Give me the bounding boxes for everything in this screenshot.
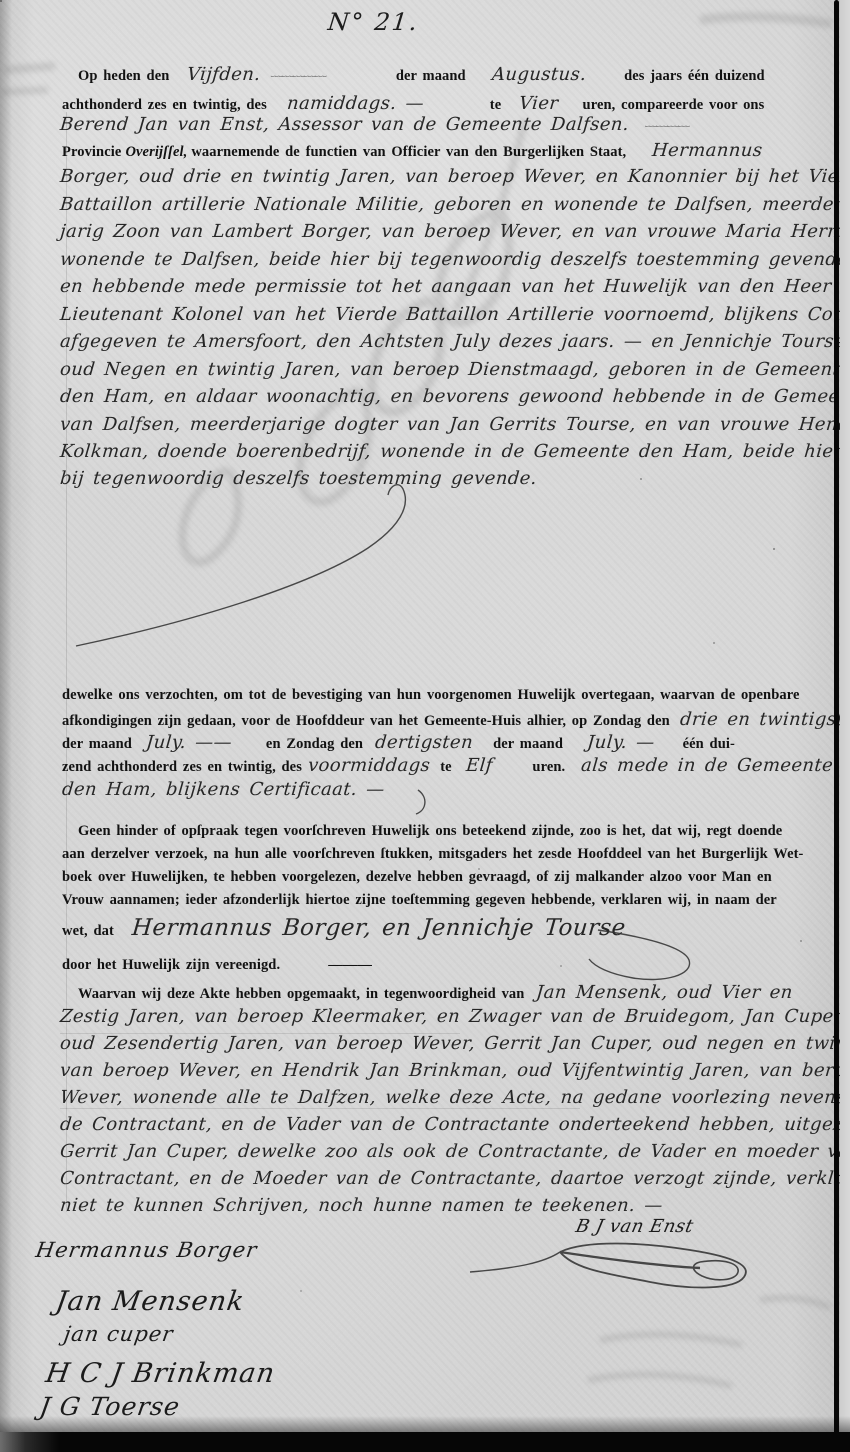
handwritten-text: niet te kunnen Schrijven, noch hunne nam…	[59, 1195, 664, 1218]
act-line: Lieutenant Kolonel van het Vierde Battai…	[60, 304, 850, 327]
handwritten-text: jarig Zoon van Lambert Borger, van beroe…	[59, 221, 850, 244]
handwritten-text: Lieutenant Kolonel van het Vierde Battai…	[59, 304, 850, 327]
handwritten-text: Gerrit Jan Cuper, dewelke zoo als ook de…	[59, 1141, 850, 1164]
printed-text: der maand	[62, 735, 132, 753]
handwritten-text: Contractant, en de Moeder van de Contrac…	[59, 1168, 850, 1191]
act-line: van Dalfsen, meerderjarige dogter van Ja…	[60, 414, 850, 437]
handwritten-text: voormiddags	[307, 755, 431, 778]
signature-witness-brinkman: H C J Brinkman	[44, 1358, 278, 1389]
act-line: den Ham, en aldaar woonachtig, en bevore…	[60, 386, 850, 409]
act-line: de Contractant, en de Vader van de Contr…	[60, 1114, 850, 1137]
printed-text: ———	[328, 956, 372, 974]
act-line: niet te kunnen Schrijven, noch hunne nam…	[60, 1195, 663, 1218]
act-line: Contractant, en de Moeder van de Contrac…	[60, 1168, 850, 1191]
scan-left-edge-shadow	[0, 0, 12, 1452]
handwritten-text: den Ham, blijkens Certificaat. —	[61, 779, 386, 802]
handwritten-text: ﹏﹏﹏﹏	[645, 116, 689, 128]
signature-officer: B J van Enst	[574, 1216, 696, 1237]
handwritten-text: ﹏﹏﹏﹏﹏	[271, 66, 326, 78]
act-line: Vrouw aannamen; ieder afzonderlijk hiert…	[62, 891, 777, 909]
act-line: Waarvan wij deze Akte hebben opgemaakt, …	[62, 982, 793, 1005]
handwritten-text: oud Zesendertig Jaren, van beroep Wever,…	[59, 1033, 850, 1056]
handwritten-text: Vier	[518, 93, 559, 116]
act-line: jarig Zoon van Lambert Borger, van beroe…	[60, 221, 850, 244]
act-line: den Ham, blijkens Certificaat. —	[62, 779, 385, 802]
act-line: dewelke ons verzochten, om tot de bevest…	[62, 686, 800, 704]
handwritten-text: Vijfden.	[186, 64, 261, 87]
page-binding-edge	[834, 0, 839, 1452]
act-line: en hebbende mede permissie tot het aanga…	[60, 276, 831, 299]
printed-text: te	[440, 758, 451, 776]
act-line: van beroep Wever, en Hendrik Jan Brinkma…	[60, 1060, 850, 1083]
handwritten-text: oud Negen en twintig Jaren, van beroep D…	[59, 359, 850, 382]
act-line: Battaillon artillerie Nationale Militie,…	[60, 194, 843, 217]
handwritten-text: Zestig Jaren, van beroep Kleermaker, en …	[59, 1006, 848, 1029]
printed-text: Vrouw aannamen; ieder afzonderlijk hiert…	[62, 891, 777, 909]
printed-text: zend achthonderd zes en twintig, des	[62, 758, 302, 776]
handwritten-text: namiddags. —	[286, 93, 425, 116]
handwritten-text: drie en twintigsten	[679, 709, 850, 732]
signature-groom: Hermannus Borger	[34, 1238, 259, 1262]
printed-text: der maand	[396, 67, 466, 85]
printed-text: Overijſſel,	[125, 143, 187, 161]
act-line: Kolkman, doende boerenbedrijf, wonende i…	[60, 441, 842, 464]
handwritten-text: als mede in de Gemeente —	[580, 755, 850, 778]
handwritten-text: Jan Mensenk, oud Vier en	[535, 982, 794, 1005]
handwritten-text: en hebbende mede permissie tot het aanga…	[59, 276, 832, 299]
act-line: Gerrit Jan Cuper, dewelke zoo als ook de…	[60, 1141, 850, 1164]
handwritten-text: den Ham, en aldaar woonachtig, en bevore…	[59, 386, 850, 409]
handwritten-text: afgegeven te Amersfoort, den Achtsten Ju…	[59, 331, 846, 354]
printed-text: uren, compareerde voor ons	[583, 96, 765, 114]
act-line: zend achthonderd zes en twintig, des voo…	[62, 755, 850, 778]
handwritten-text: Hermannus Borger, en Jennichje Tourse	[131, 914, 627, 943]
printed-text: Op heden den	[78, 67, 169, 85]
handwritten-text: July. —	[586, 732, 656, 755]
act-line: der maand July. —— en Zondag den dertigs…	[62, 732, 735, 755]
act-line: Borger, oud drie en twintig Jaren, van b…	[60, 166, 850, 189]
handwritten-text: de Contractant, en de Vader van de Contr…	[59, 1114, 850, 1137]
printed-text: dewelke ons verzochten, om tot de bevest…	[62, 686, 800, 704]
printed-text: wet, dat	[62, 922, 114, 940]
act-line: aan derzelver verzoek, na hun alle voorſ…	[62, 845, 803, 863]
printed-text: te	[490, 96, 501, 114]
handwritten-text: wonende te Dalfsen, beide hier bij tegen…	[59, 249, 849, 272]
act-number: N° 21.	[327, 8, 421, 36]
act-line: Wever, wonende alle te Dalfzen, welke de…	[60, 1087, 850, 1110]
act-line: afkondigingen zijn gedaan, voor de Hoofd…	[62, 709, 850, 732]
printed-text: door het Huwelijk zijn vereenigd.	[62, 956, 280, 974]
act-line: achthonderd zes en twintig, des namiddag…	[62, 93, 764, 116]
printed-text: Provincie	[62, 143, 121, 161]
act-line: door het Huwelijk zijn vereenigd. ———	[62, 956, 372, 974]
handwritten-text: Battaillon artillerie Nationale Militie,…	[59, 194, 844, 217]
handwritten-text: van Dalfsen, meerderjarige dogter van Ja…	[59, 414, 850, 437]
act-line: Geen hinder of opſpraak tegen voorſchrev…	[62, 822, 782, 840]
printed-text: één dui-	[683, 735, 735, 753]
printed-text: uren.	[532, 758, 565, 776]
handwritten-text: July. ——	[145, 732, 233, 755]
handwritten-text: Wever, wonende alle te Dalfzen, welke de…	[59, 1087, 850, 1110]
act-line: afgegeven te Amersfoort, den Achtsten Ju…	[60, 331, 845, 354]
act-line: oud Negen en twintig Jaren, van beroep D…	[60, 359, 850, 382]
act-line: wonende te Dalfsen, beide hier bij tegen…	[60, 249, 848, 272]
handwritten-text: van beroep Wever, en Hendrik Jan Brinkma…	[59, 1060, 850, 1083]
printed-text: des jaars één duizend	[624, 67, 765, 85]
printed-text: waarnemende de functien van Officier van…	[191, 143, 626, 161]
handwritten-text: Berend Jan van Enst, Assessor van de Gem…	[59, 114, 630, 137]
act-line: Zestig Jaren, van beroep Kleermaker, en …	[60, 1006, 847, 1029]
printed-text: boek over Huwelijken, te hebben voorgele…	[62, 868, 772, 886]
scanned-marriage-record-page: N° 21. Op heden den Vijfden. ﹏﹏﹏﹏﹏ der m…	[0, 0, 850, 1452]
act-line: oud Zesendertig Jaren, van beroep Wever,…	[60, 1033, 850, 1056]
handwritten-text: Borger, oud drie en twintig Jaren, van b…	[59, 166, 850, 189]
signature-witness-cuper: jan cuper	[62, 1322, 175, 1346]
scan-bottom-black-band	[0, 1432, 850, 1452]
act-line: Provincie Overijſſel, waarnemende de fun…	[62, 140, 763, 163]
handwritten-text: dertigsten	[374, 732, 474, 755]
act-line: boek over Huwelijken, te hebben voorgele…	[62, 868, 772, 886]
act-line: Berend Jan van Enst, Assessor van de Gem…	[60, 114, 689, 137]
printed-text: afkondigingen zijn gedaan, voor de Hoofd…	[62, 712, 670, 730]
printed-text: achthonderd zes en twintig, des	[62, 96, 267, 114]
act-line: Op heden den Vijfden. ﹏﹏﹏﹏﹏ der maand Au…	[78, 64, 765, 87]
printed-text: der maand	[493, 735, 563, 753]
handwritten-text: bij tegenwoordig deszelfs toestemming ge…	[59, 468, 538, 491]
adjacent-page-strip	[840, 0, 850, 1452]
act-line: bij tegenwoordig deszelfs toestemming ge…	[60, 468, 537, 491]
printed-text: en Zondag den	[266, 735, 363, 753]
printed-text: Waarvan wij deze Akte hebben opgemaakt, …	[78, 985, 524, 1003]
printed-text: Geen hinder of opſpraak tegen voorſchrev…	[78, 822, 782, 840]
handwritten-text: Augustus.	[491, 64, 587, 87]
handwritten-text: Kolkman, doende boerenbedrijf, wonende i…	[59, 441, 843, 464]
act-line: wet, dat Hermannus Borger, en Jennichje …	[62, 914, 626, 943]
handwritten-text: Hermannus	[651, 140, 763, 163]
printed-text: aan derzelver verzoek, na hun alle voorſ…	[62, 845, 803, 863]
handwritten-text: Elf	[465, 755, 494, 778]
signature-witness-mensenk: Jan Mensenk	[54, 1286, 247, 1317]
